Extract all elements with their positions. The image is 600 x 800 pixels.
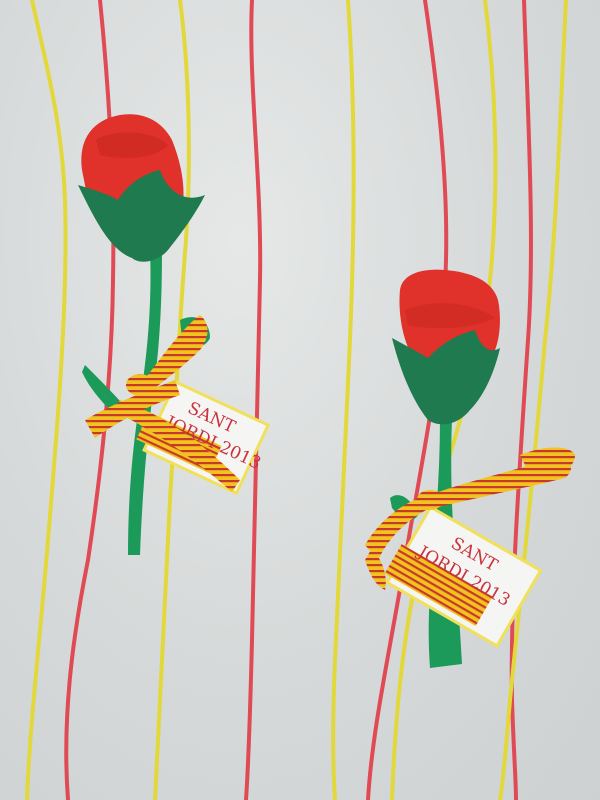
craft-illustration: SANT JORDI 2013 SANT JORDI 2013 xyxy=(0,0,600,800)
photo-scene: SANT JORDI 2013 SANT JORDI 2013 xyxy=(0,0,600,800)
